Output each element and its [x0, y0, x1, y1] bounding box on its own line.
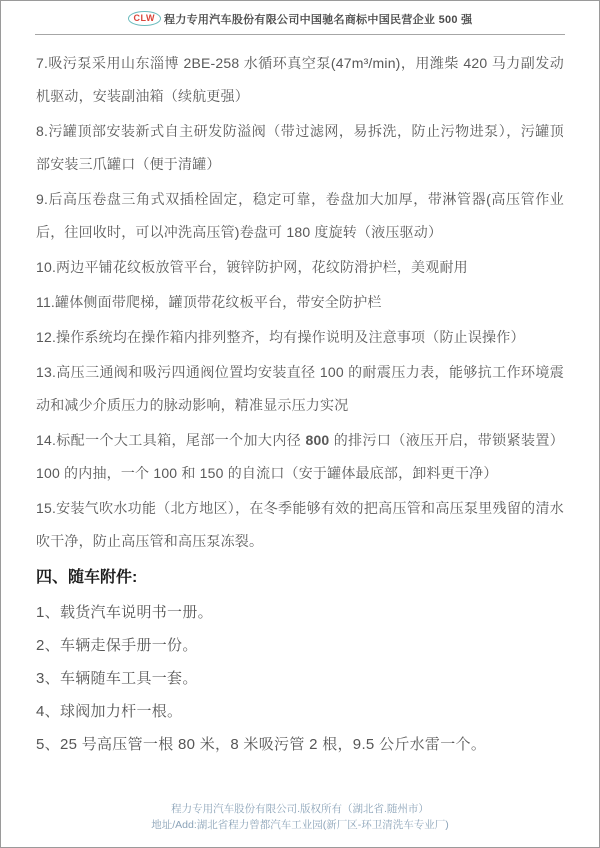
feature-item-14-pre: 14.标配一个大工具箱，尾部一个加大内径: [36, 432, 305, 448]
accessory-item-5: 5、25 号高压管一根 80 米，8 米吸污管 2 根，9.5 公斤水雷一个。: [36, 728, 564, 761]
document-body: 7.吸污泵采用山东淄博 2BE-258 水循环真空泵(47m³/min)，用潍柴…: [36, 47, 564, 761]
accessory-item-2: 2、车辆走保手册一份。: [36, 629, 564, 662]
footer-copyright-line: 程力专用汽车股份有限公司.版权所有（湖北省.随州市）: [1, 801, 599, 817]
feature-item-13: 13.高压三通阀和吸污四通阀位置均安装直径 100 的耐震压力表，能够抗工作环境…: [36, 356, 564, 422]
document-page: CLW程力专用汽车股份有限公司中国驰名商标中国民营企业 500 强 7.吸污泵采…: [0, 0, 600, 848]
feature-item-9: 9.后高压卷盘三角式双插栓固定，稳定可靠，卷盘加大加厚，带淋管器(高压管作业后，…: [36, 183, 564, 249]
feature-item-8: 8.污罐顶部安装新式自主研发防溢阀（带过滤网，易拆洗，防止污物进泵），污罐顶部安…: [36, 115, 564, 181]
page-footer: 程力专用汽车股份有限公司.版权所有（湖北省.随州市） 地址/Add:湖北省程力曾…: [1, 801, 599, 833]
page-header: CLW程力专用汽车股份有限公司中国驰名商标中国民营企业 500 强: [1, 1, 599, 35]
clw-logo-icon: CLW: [128, 11, 162, 26]
header-inner: CLW程力专用汽车股份有限公司中国驰名商标中国民营企业 500 强: [35, 10, 565, 35]
section-4-heading: 四、随车附件:: [36, 561, 564, 594]
accessory-item-1: 1、载货汽车说明书一册。: [36, 596, 564, 629]
footer-address-line: 地址/Add:湖北省程力曾都汽车工业园(新厂区-环卫清洗车专业厂): [1, 817, 599, 833]
feature-item-14-bold-value: 800: [305, 432, 329, 448]
feature-item-15: 15.安装气吹水功能（北方地区），在冬季能够有效的把高压管和高压泵里残留的清水吹…: [36, 492, 564, 558]
feature-item-7: 7.吸污泵采用山东淄博 2BE-258 水循环真空泵(47m³/min)，用潍柴…: [36, 47, 564, 113]
feature-item-11: 11.罐体侧面带爬梯，罐顶带花纹板平台，带安全防护栏: [36, 286, 564, 319]
company-header-title: 程力专用汽车股份有限公司中国驰名商标中国民营企业 500 强: [164, 11, 472, 27]
accessory-item-4: 4、球阀加力杆一根。: [36, 695, 564, 728]
accessory-item-3: 3、车辆随车工具一套。: [36, 662, 564, 695]
feature-item-14: 14.标配一个大工具箱，尾部一个加大内径 800 的排污口（液压开启，带锁紧装置…: [36, 424, 564, 490]
feature-item-10: 10.两边平铺花纹板放管平台，镀锌防护网，花纹防滑护栏，美观耐用: [36, 251, 564, 284]
feature-item-12: 12.操作系统均在操作箱内排列整齐，均有操作说明及注意事项（防止误操作）: [36, 321, 564, 354]
